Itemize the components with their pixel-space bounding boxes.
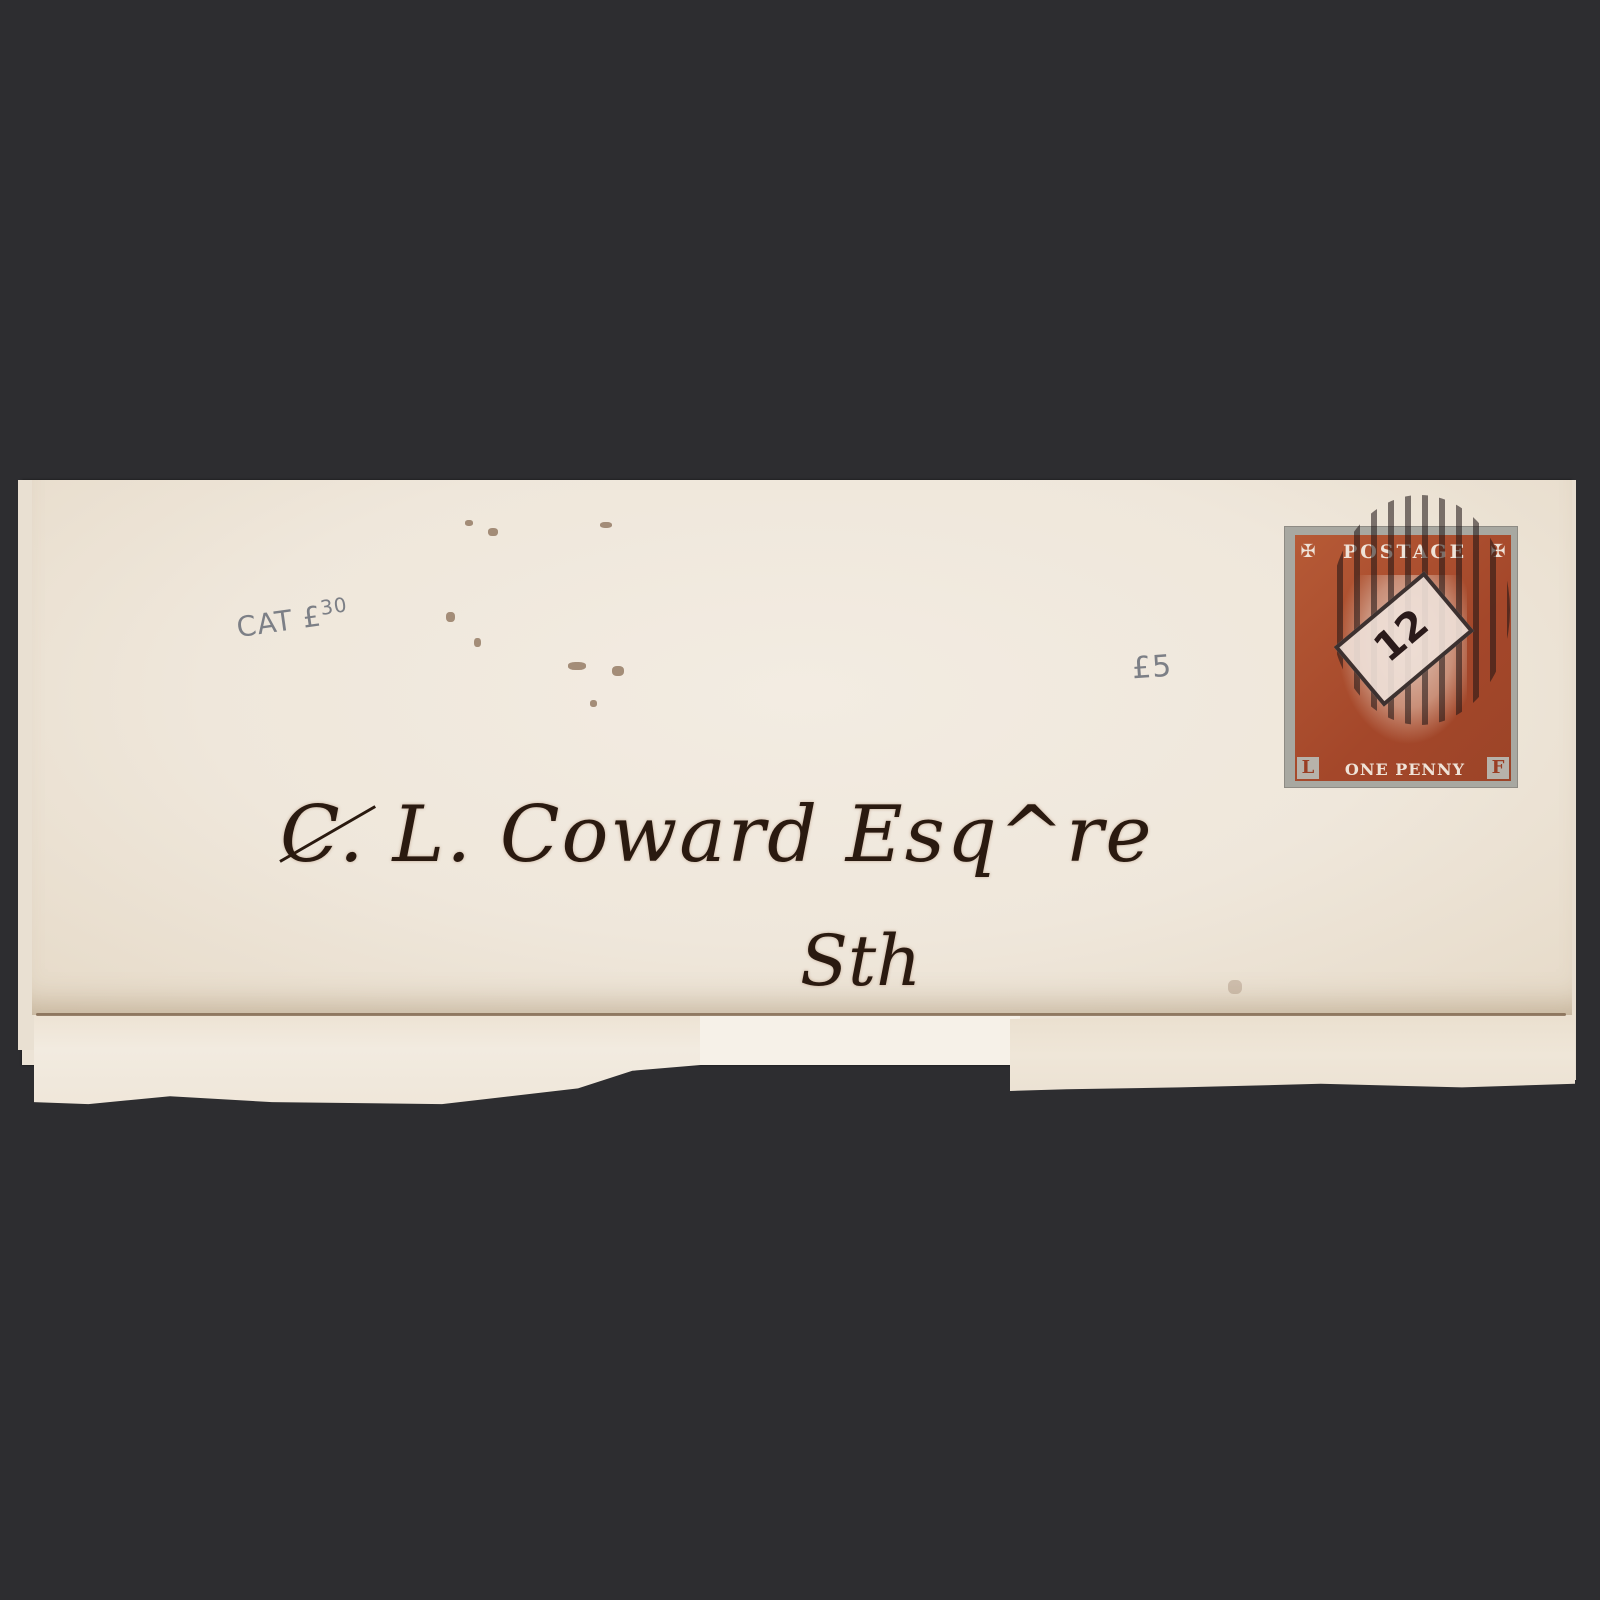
corner-star-icon: ✠ bbox=[1297, 541, 1319, 563]
letter-cover-photo: CAT £30 £5 C. L. Coward Esq^re Sth ✠ ✠ P… bbox=[0, 0, 1600, 1600]
bottom-flap-center bbox=[700, 1010, 1020, 1065]
foxing-spot bbox=[1228, 980, 1242, 994]
address-line-2: Sth bbox=[800, 920, 921, 1002]
pencil-price-note: £5 bbox=[1131, 649, 1174, 687]
torn-bottom-flap-left bbox=[34, 1010, 714, 1108]
catalogue-value: 30 bbox=[319, 592, 350, 620]
check-letter-left: L bbox=[1297, 757, 1319, 779]
check-letter-right: F bbox=[1487, 757, 1509, 779]
ink-stain bbox=[474, 638, 481, 647]
ink-stain bbox=[465, 520, 473, 526]
ink-stain bbox=[612, 666, 624, 676]
address-line-1: C. L. Coward Esq^re bbox=[280, 790, 1154, 880]
ink-stain bbox=[568, 662, 586, 670]
fold-line bbox=[36, 1013, 1566, 1016]
ink-stain bbox=[590, 700, 597, 707]
ink-stain bbox=[488, 528, 498, 536]
ink-stain bbox=[600, 522, 612, 528]
torn-bottom-flap-right bbox=[1010, 1010, 1575, 1100]
stamp-value-label: ONE PENNY bbox=[1325, 760, 1485, 779]
ink-stain bbox=[446, 612, 455, 622]
